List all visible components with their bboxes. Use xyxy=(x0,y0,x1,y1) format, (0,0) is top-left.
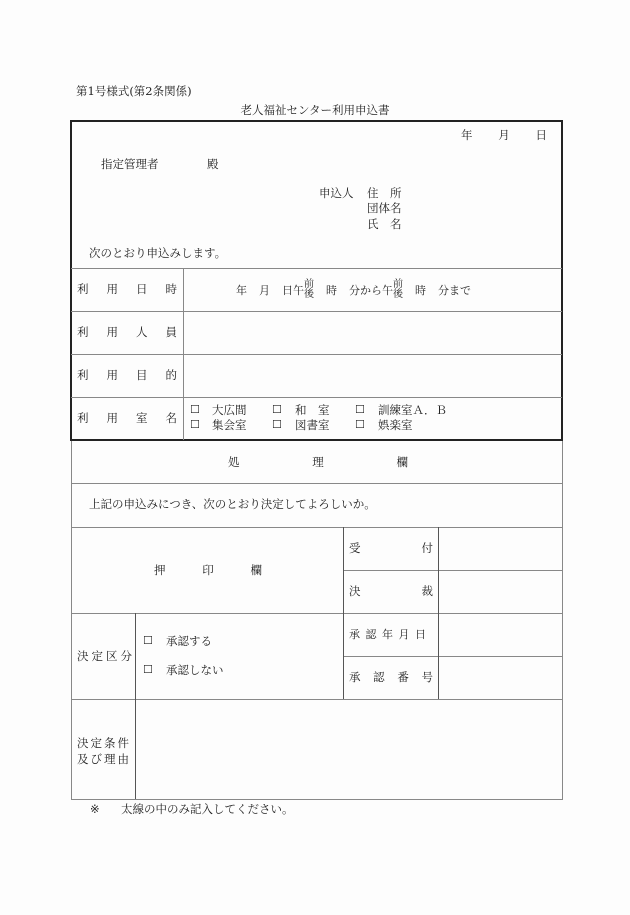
room-label-daihiroma: 大広間 xyxy=(212,405,247,417)
label-char: 付 xyxy=(422,543,434,555)
decision-approve-checkbox[interactable]: ☐ xyxy=(143,635,153,646)
label-char: 番 xyxy=(397,672,409,684)
thick-border-right xyxy=(561,120,563,441)
row-divider xyxy=(71,354,562,355)
form-id: 第1号様式(第2条関係) xyxy=(76,86,192,98)
label-char: 人 xyxy=(136,327,148,339)
usage-datetime-field[interactable]: 年 月 日 午 前 後 時 分から 午 前 後 時 分まで xyxy=(236,276,471,304)
thick-border-left xyxy=(70,120,72,441)
dt-ampm-prefix-end: 午 xyxy=(382,285,393,296)
conditions-label-line1: 決定条件 xyxy=(77,738,131,750)
label-char: 用 xyxy=(107,413,119,425)
date-month-label: 月 xyxy=(498,130,510,142)
column-divider xyxy=(135,613,136,799)
applicant-group-field[interactable]: 団体名 xyxy=(367,203,402,215)
page-title: 老人福祉センター利用申込書 xyxy=(0,105,630,117)
label-char: 用 xyxy=(107,284,119,296)
dt-month: 月 xyxy=(259,285,270,296)
label-char: 用 xyxy=(107,370,119,382)
border-bottom xyxy=(71,799,563,800)
label-char: 利 xyxy=(77,284,89,296)
decision-reject-checkbox[interactable]: ☐ xyxy=(143,664,153,675)
applicant-address-field[interactable]: 住 所 xyxy=(367,188,402,200)
checkbox-icon: ☐ xyxy=(190,418,200,431)
label-char: 号 xyxy=(421,672,433,684)
pm-option: 後 xyxy=(304,290,314,300)
row-label-usage-headcount: 利 用 人 員 xyxy=(77,327,177,339)
label-char: 決 xyxy=(349,586,361,598)
applicant-label: 申込人 xyxy=(319,188,354,200)
footnote: ※ 太線の中のみ記入してください。 xyxy=(90,804,293,816)
room-label-kunrenshitsu: 訓練室Ａ．Ｂ xyxy=(378,405,447,417)
dt-minute-from: 分から xyxy=(349,285,382,296)
decision-label: 決定区分 xyxy=(77,651,135,663)
row-label-usage-datetime: 利 用 日 時 xyxy=(77,284,177,296)
usage-purpose-field[interactable] xyxy=(185,356,560,396)
row-divider xyxy=(71,527,562,528)
dt-day: 日 xyxy=(282,285,293,296)
room-checkbox-daihiroma[interactable]: ☐ xyxy=(190,404,200,415)
approval-date-field[interactable] xyxy=(440,615,560,655)
pm-option: 後 xyxy=(393,290,403,300)
border-left xyxy=(71,441,72,800)
label-char: 利 xyxy=(77,413,89,425)
row-divider xyxy=(71,483,562,484)
room-checkbox-washitsu[interactable]: ☐ xyxy=(272,404,282,415)
conditions-field[interactable] xyxy=(137,701,560,797)
header-char: 処 xyxy=(228,457,240,469)
decision-reject-label: 承認しない xyxy=(166,665,224,677)
addressee-honorific: 殿 xyxy=(207,159,219,171)
addressee-label: 指定管理者 xyxy=(101,159,159,171)
label-char: 目 xyxy=(136,370,148,382)
seal-field[interactable] xyxy=(73,529,341,611)
room-label-shukaishitsu: 集会室 xyxy=(212,420,247,432)
usage-headcount-field[interactable] xyxy=(185,313,560,353)
border-right xyxy=(562,441,563,800)
row-divider xyxy=(71,613,562,614)
footnote-text: 太線の中のみ記入してください。 xyxy=(121,802,294,816)
room-label-washitsu: 和 室 xyxy=(295,405,330,417)
label-char: 利 xyxy=(77,370,89,382)
label-char: 室 xyxy=(136,413,148,425)
room-label-gorakushitsu: 娯楽室 xyxy=(378,420,413,432)
label-char: 承 xyxy=(349,672,361,684)
checkbox-icon: ☐ xyxy=(143,634,153,647)
received-field[interactable] xyxy=(440,529,560,569)
row-divider xyxy=(71,311,562,312)
header-char: 欄 xyxy=(397,457,409,469)
date-line[interactable]: 年 月 日 xyxy=(461,130,547,142)
checkbox-icon: ☐ xyxy=(272,418,282,431)
room-checkbox-kunrenshitsu[interactable]: ☐ xyxy=(355,404,365,415)
dt-ampm-prefix: 午 xyxy=(293,285,304,296)
approval-label: 決 裁 xyxy=(349,586,433,598)
approval-date-label: 承 認 年 月 日 xyxy=(349,629,427,640)
row-label-room-name: 利 用 室 名 xyxy=(77,413,177,425)
label-char: 用 xyxy=(107,327,119,339)
room-checkbox-toshoshitsu[interactable]: ☐ xyxy=(272,419,282,430)
row-divider xyxy=(343,570,562,571)
room-checkbox-shukaishitsu[interactable]: ☐ xyxy=(190,419,200,430)
label-column-divider xyxy=(183,268,184,440)
processing-header: 処 理 欄 xyxy=(228,457,408,469)
label-char: 日 xyxy=(136,284,148,296)
processing-question: 上記の申込みにつき、次のとおり決定してよろしいか。 xyxy=(89,499,376,511)
approval-number-label: 承 認 番 号 xyxy=(349,672,433,684)
label-char: 認 xyxy=(373,672,385,684)
column-divider xyxy=(438,527,439,699)
label-char: 裁 xyxy=(422,586,434,598)
thick-border-bottom xyxy=(70,439,563,441)
header-char: 理 xyxy=(312,457,324,469)
applicant-name-field[interactable]: 氏 名 xyxy=(367,219,402,231)
label-char: 的 xyxy=(166,370,178,382)
received-label: 受 付 xyxy=(349,543,433,555)
room-checkbox-gorakushitsu[interactable]: ☐ xyxy=(355,419,365,430)
column-divider xyxy=(343,527,344,699)
dt-hour-end: 時 xyxy=(415,285,426,296)
row-divider xyxy=(71,268,562,269)
room-label-toshoshitsu: 図書室 xyxy=(295,420,330,432)
decision-approve-label: 承認する xyxy=(166,636,212,648)
date-year-label: 年 xyxy=(461,130,473,142)
date-day-label: 日 xyxy=(536,130,548,142)
checkbox-icon: ☐ xyxy=(190,403,200,416)
dt-hour: 時 xyxy=(326,285,337,296)
label-char: 受 xyxy=(349,543,361,555)
checkbox-icon: ☐ xyxy=(143,663,153,676)
label-char: 名 xyxy=(166,413,178,425)
label-char: 利 xyxy=(77,327,89,339)
row-divider xyxy=(71,397,562,398)
approval-field[interactable] xyxy=(440,572,560,612)
row-divider xyxy=(71,699,562,700)
label-char: 時 xyxy=(166,284,178,296)
row-label-usage-purpose: 利 用 目 的 xyxy=(77,370,177,382)
checkbox-icon: ☐ xyxy=(355,403,365,416)
dt-ampm-stack-start[interactable]: 前 後 xyxy=(304,280,314,300)
conditions-label-line2: 及び理由 xyxy=(77,754,131,766)
intro-text: 次のとおり申込みします。 xyxy=(89,248,226,260)
row-divider xyxy=(343,656,562,657)
label-char: 員 xyxy=(166,327,178,339)
dt-ampm-stack-end[interactable]: 前 後 xyxy=(393,280,403,300)
footnote-mark: ※ xyxy=(90,802,100,816)
dt-year: 年 xyxy=(236,285,247,296)
thick-border-top xyxy=(70,120,563,122)
approval-number-field[interactable] xyxy=(440,658,560,698)
checkbox-icon: ☐ xyxy=(272,403,282,416)
checkbox-icon: ☐ xyxy=(355,418,365,431)
dt-minute-to: 分まで xyxy=(438,285,471,296)
